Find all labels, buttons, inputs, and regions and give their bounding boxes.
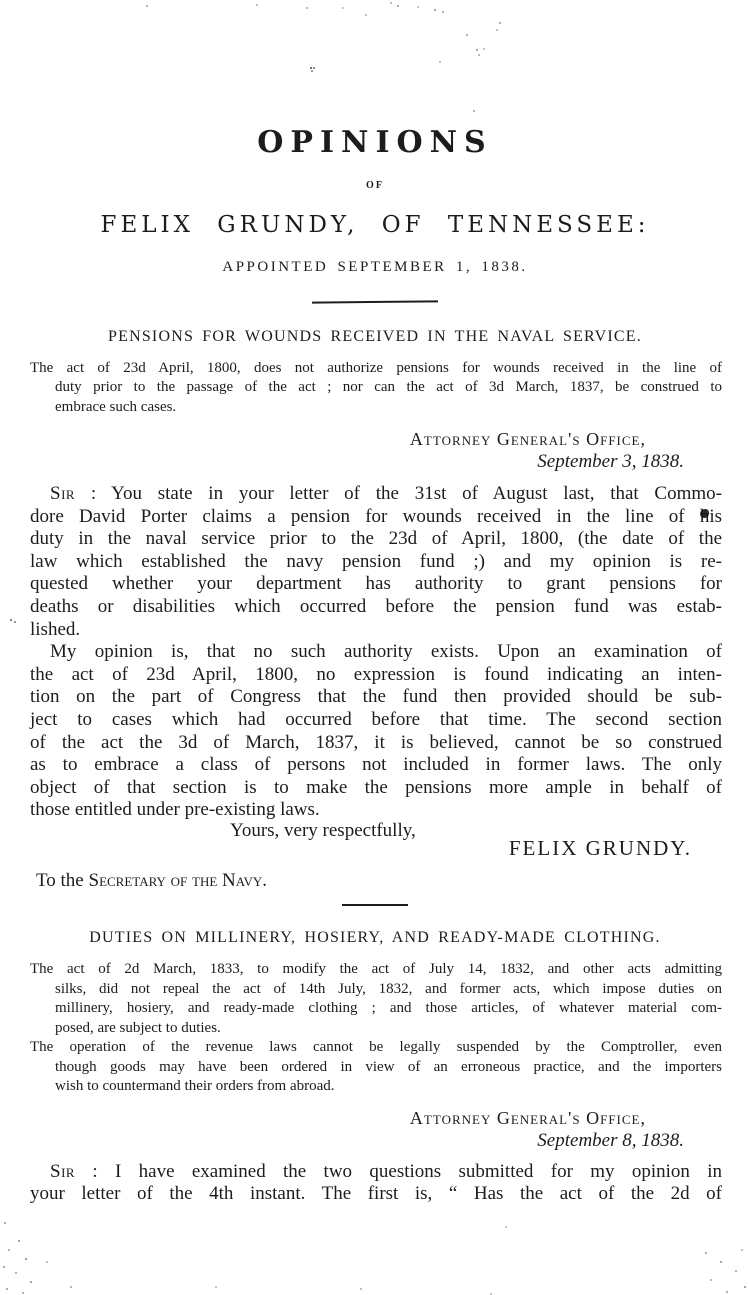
body-line: lished.	[30, 619, 722, 642]
office-line: Attorney General's Office,	[0, 1109, 646, 1128]
body-line: duty in the naval service prior to the 2…	[30, 528, 722, 551]
headnote-line: The act of 23d April, 1800, does not aut…	[30, 359, 722, 379]
body-line: as to embrace a class of persons not inc…	[30, 754, 722, 777]
body-line-text: : I have examined the two questions subm…	[75, 1161, 722, 1182]
body-line: object of that section is to make the pe…	[30, 777, 722, 800]
body-line: Sir : I have examined the two questions …	[30, 1161, 722, 1184]
document-author-line: FELIX GRUNDY, OF TENNESSEE:	[0, 212, 750, 240]
headnote-line: The operation of the revenue laws cannot…	[30, 1038, 722, 1058]
opinion-2-paragraph-1: Sir : I have examined the two questions …	[30, 1161, 722, 1206]
headnote-line: The act of 2d March, 1833, to modify the…	[30, 960, 722, 980]
document-appointed-line: APPOINTED SEPTEMBER 1, 1838.	[0, 258, 750, 277]
headnote-line: silks, did not repeal the act of 14th Ju…	[30, 980, 722, 1000]
headnote-line: wish to countermand their orders from ab…	[30, 1077, 722, 1097]
date-line: September 8, 1838.	[0, 1130, 684, 1151]
opinion-1-headnote: The act of 23d April, 1800, does not aut…	[30, 359, 722, 418]
body-line: tion on the part of Congress that the fu…	[30, 686, 722, 709]
headnote-line: embrace such cases.	[30, 398, 722, 418]
body-line: those entitled under pre-existing laws.	[30, 799, 722, 822]
opinion-2: DUTIES ON MILLINERY, HOSIERY, AND READY-…	[0, 928, 750, 1206]
document-title: OPINIONS	[0, 128, 750, 158]
addressee-prefix: To the	[36, 870, 89, 891]
headnote-line: duty prior to the passage of the act ; n…	[30, 378, 722, 398]
opinion-1-office-block: Attorney General's Office, September 3, …	[0, 430, 750, 472]
opinion-1-paragraph-1: Sir : You state in your letter of the 31…	[30, 483, 722, 641]
body-line: your letter of the 4th instant. The firs…	[30, 1183, 722, 1206]
section-divider-rule	[342, 904, 408, 906]
salutation: Sir	[50, 483, 75, 504]
salutation: Sir	[50, 1161, 75, 1182]
body-line-text: : You state in your letter of the 31st o…	[75, 483, 722, 504]
headnote-line: posed, are subject to duties.	[30, 1019, 722, 1039]
section-divider-rule	[312, 300, 438, 303]
body-line: Sir : You state in your letter of the 31…	[30, 483, 722, 506]
addressee-line: To the Secretary of the Navy.	[36, 870, 750, 892]
date-line: September 3, 1838.	[0, 451, 684, 472]
office-line: Attorney General's Office,	[0, 430, 646, 449]
body-line: quested whether your department has auth…	[30, 573, 722, 596]
addressee-name: Secretary of the Navy.	[89, 870, 268, 891]
headnote-line: millinery, hosiery, and ready-made cloth…	[30, 999, 722, 1019]
body-line: the act of 23d April, 1800, no expressio…	[30, 664, 722, 687]
body-line: My opinion is, that no such authority ex…	[30, 641, 722, 664]
opinion-2-headnote-2: The operation of the revenue laws cannot…	[30, 1038, 722, 1097]
scanned-document-page: OPINIONS OF FELIX GRUNDY, OF TENNESSEE: …	[0, 0, 750, 1295]
body-line: ject to cases which had occurred before …	[30, 709, 722, 732]
body-line: dore David Porter claims a pension for w…	[30, 506, 722, 529]
opinion-2-headnote-1: The act of 2d March, 1833, to modify the…	[30, 960, 722, 1038]
opinion-2-heading: DUTIES ON MILLINERY, HOSIERY, AND READY-…	[0, 928, 750, 948]
opinion-1-heading: PENSIONS FOR WOUNDS RECEIVED IN THE NAVA…	[0, 327, 750, 347]
opinion-2-office-block: Attorney General's Office, September 8, …	[0, 1109, 750, 1151]
masthead: OPINIONS OF FELIX GRUNDY, OF TENNESSEE: …	[0, 0, 750, 277]
body-line: law which established the navy pension f…	[30, 551, 722, 574]
opinion-1: PENSIONS FOR WOUNDS RECEIVED IN THE NAVA…	[0, 327, 750, 892]
document-of-label: OF	[0, 180, 750, 192]
body-line: of the act the 3d of March, 1837, it is …	[30, 732, 722, 755]
headnote-line: though goods may have been ordered in vi…	[30, 1058, 722, 1078]
opinion-1-paragraph-2: My opinion is, that no such authority ex…	[30, 641, 722, 822]
body-line: deaths or disabilities which occurred be…	[30, 596, 722, 619]
